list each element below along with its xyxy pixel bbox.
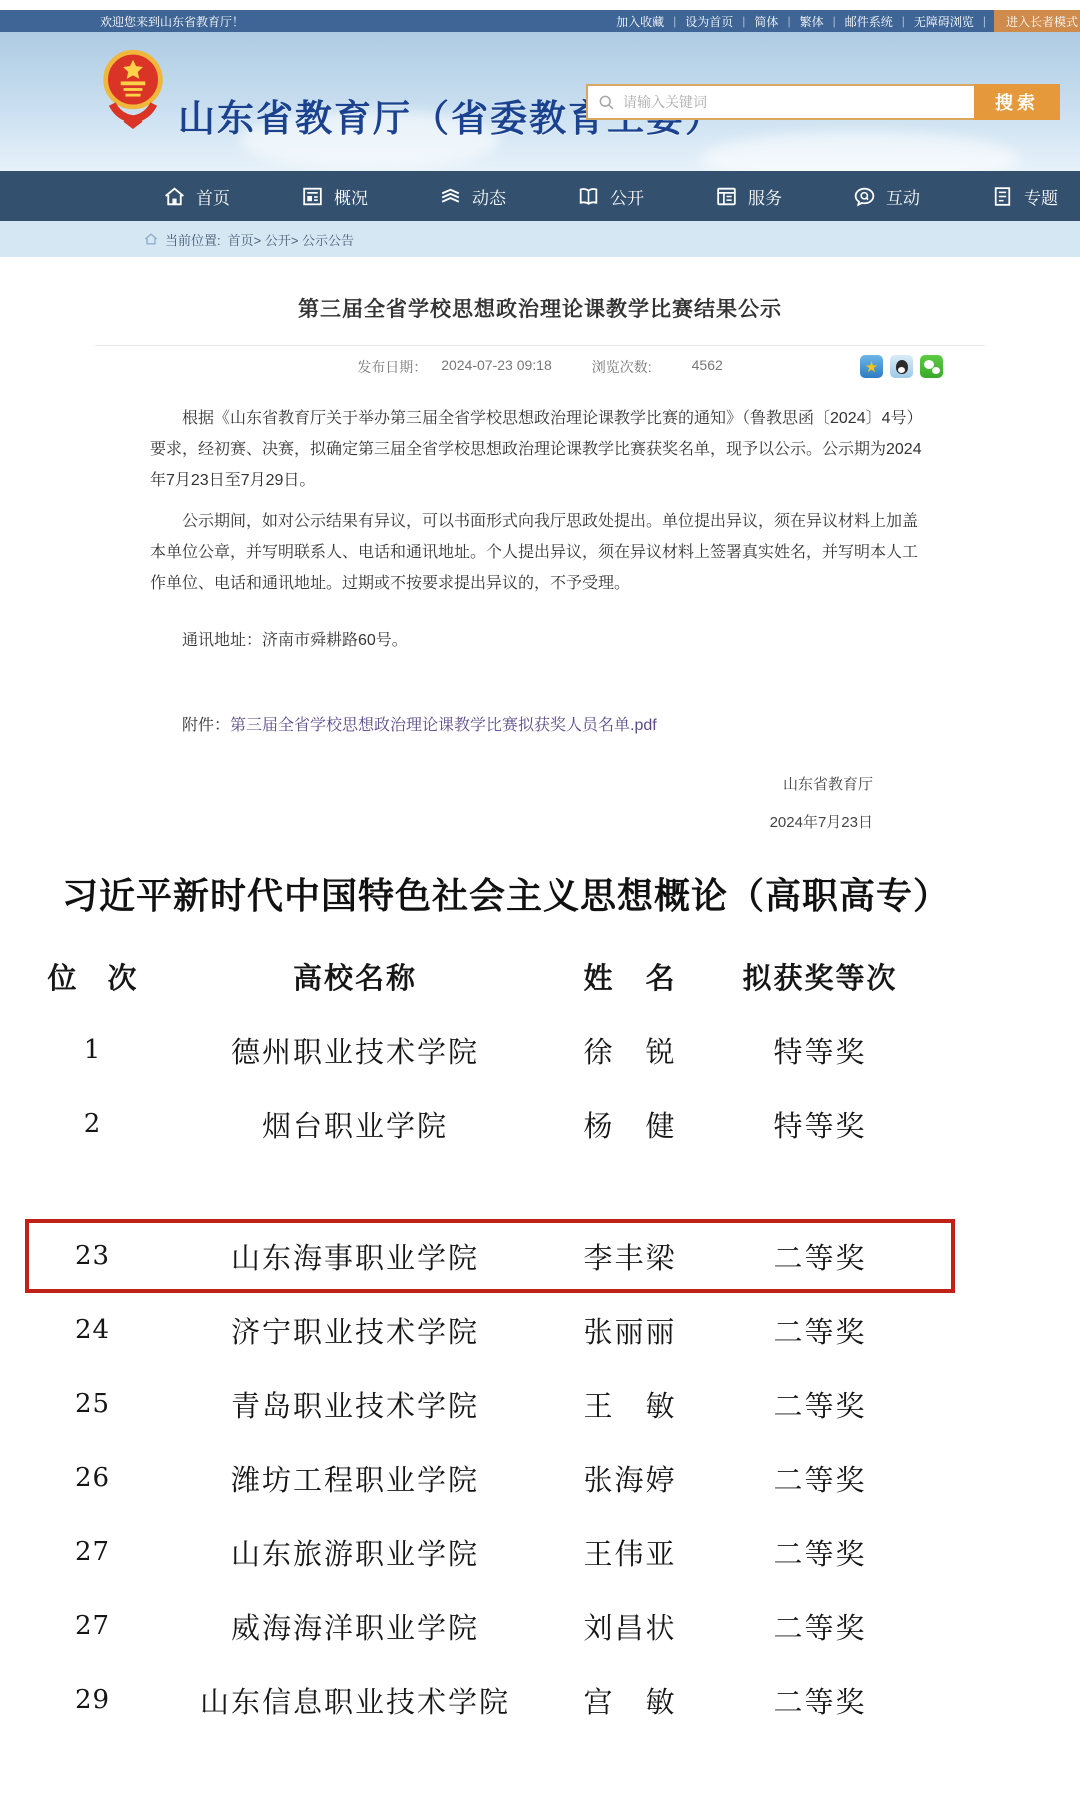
services-icon — [714, 184, 739, 209]
cell-rank: 1 — [25, 1035, 160, 1065]
nav-item-overview[interactable]: 概况 — [300, 184, 368, 209]
cell-award: 特等奖 — [710, 1104, 930, 1145]
cell-school: 山东信息职业技术学院 — [160, 1680, 550, 1721]
attachment-pdf-link[interactable]: 第三届全省学校思想政治理论课教学比赛拟获奖人员名单.pdf — [230, 717, 657, 734]
cell-award: 二等奖 — [710, 1384, 930, 1425]
nav-label: 服务 — [748, 184, 782, 209]
main-nav: 首页 概况 动态 公开 服务 互动 专题 — [0, 171, 1080, 221]
paragraph: 公示期间，如对公示结果有异议，可以书面形式向我厅思政处提出。单位提出异议，须在异… — [150, 506, 930, 600]
cell-rank: 24 — [25, 1315, 160, 1345]
table-header-row: 位 次 高校名称 姓 名 拟获奖等次 — [25, 947, 955, 1005]
cell-award: 二等奖 — [710, 1680, 930, 1721]
cell-rank: 27 — [25, 1611, 160, 1641]
divider: | — [983, 14, 986, 28]
nav-item-topics[interactable]: 专题 — [990, 184, 1058, 209]
cell-rank: 26 — [25, 1463, 160, 1493]
link-mail-system[interactable]: 邮件系统 — [836, 13, 902, 30]
table-row-highlighted: 23 山东海事职业学院 李丰梁 二等奖 — [25, 1219, 955, 1293]
cell-award: 二等奖 — [710, 1236, 930, 1277]
site-header: 山东省教育厅（省委教育工委） 搜索 — [0, 32, 1080, 171]
top-margin — [0, 0, 1080, 10]
welcome-text: 欢迎您来到山东省教育厅！ — [100, 13, 244, 30]
search-icon — [598, 94, 615, 111]
publish-label: 发布日期： — [357, 357, 427, 377]
wechat-icon[interactable] — [920, 355, 943, 378]
search-input[interactable] — [623, 94, 964, 110]
nav-item-interact[interactable]: 互动 — [852, 184, 920, 209]
table-row: 25 青岛职业技术学院 王 敏 二等奖 — [25, 1367, 955, 1441]
table-row: 2 烟台职业学院 杨 健 特等奖 — [25, 1087, 955, 1161]
cell-name: 王 敏 — [550, 1384, 710, 1425]
cell-school: 德州职业技术学院 — [160, 1030, 550, 1071]
nav-label: 公开 — [610, 184, 644, 209]
table-row: 27 威海海洋职业学院 刘昌状 二等奖 — [25, 1589, 955, 1663]
table-row: 29 山东信息职业技术学院 宫 敏 二等奖 — [25, 1663, 955, 1737]
qq-icon[interactable] — [890, 355, 913, 378]
cell-name: 杨 健 — [550, 1104, 710, 1145]
search-button[interactable]: 搜索 — [974, 84, 1060, 120]
paragraph-address: 通讯地址：济南市舜耕路60号。 — [150, 625, 930, 656]
national-emblem-icon — [100, 46, 166, 132]
cell-school: 潍坊工程职业学院 — [160, 1458, 550, 1499]
cell-name: 王伟亚 — [550, 1532, 710, 1573]
home-small-icon — [144, 232, 158, 246]
link-traditional[interactable]: 繁体 — [791, 13, 833, 30]
nav-item-open[interactable]: 公开 — [576, 184, 644, 209]
cell-name: 张海婷 — [550, 1458, 710, 1499]
cell-rank: 27 — [25, 1537, 160, 1567]
cell-award: 二等奖 — [710, 1532, 930, 1573]
search-box: 搜索 — [586, 84, 1026, 120]
results-section: 习近平新时代中国特色社会主义思想概论（高职高专） 位 次 高校名称 姓 名 拟获… — [0, 868, 1080, 1737]
article-body: 根据《山东省教育厅关于举办第三届全省学校思想政治理论课教学比赛的通知》（鲁教思函… — [95, 403, 985, 656]
share-bar: ★ — [860, 355, 943, 378]
article-title: 第三届全省学校思想政治理论课教学比赛结果公示 — [95, 293, 985, 323]
cell-school: 山东旅游职业学院 — [160, 1532, 550, 1573]
nav-item-services[interactable]: 服务 — [714, 184, 782, 209]
breadcrumb-prefix: 当前位置: — [165, 230, 221, 249]
news-icon — [438, 184, 463, 209]
publish-date: 2024-07-23 09:18 — [441, 357, 552, 377]
qzone-icon[interactable]: ★ — [860, 355, 883, 378]
breadcrumb-path[interactable]: 首页> 公开> 公示公告 — [228, 230, 354, 249]
cell-name: 宫 敏 — [550, 1680, 710, 1721]
cell-name: 刘昌状 — [550, 1606, 710, 1647]
breadcrumb: 当前位置: 首页> 公开> 公示公告 — [0, 221, 1080, 257]
nav-item-news[interactable]: 动态 — [438, 184, 506, 209]
link-add-favorite[interactable]: 加入收藏 — [607, 13, 673, 30]
cell-school: 威海海洋职业学院 — [160, 1606, 550, 1647]
table-row: 27 山东旅游职业学院 王伟亚 二等奖 — [25, 1515, 955, 1589]
link-accessibility[interactable]: 无障碍浏览 — [905, 13, 983, 30]
cell-award: 二等奖 — [710, 1606, 930, 1647]
col-name: 姓 名 — [550, 956, 710, 997]
attachment-label: 附件： — [182, 717, 230, 734]
cloud-decoration — [700, 132, 1020, 171]
cell-award: 二等奖 — [710, 1310, 930, 1351]
nav-label: 首页 — [196, 184, 230, 209]
article: 第三届全省学校思想政治理论课教学比赛结果公示 发布日期： 2024-07-23 … — [95, 257, 985, 832]
cell-award: 特等奖 — [710, 1030, 930, 1071]
signature-date: 2024年7月23日 — [95, 811, 873, 832]
cell-rank: 29 — [25, 1685, 160, 1715]
home-icon — [162, 184, 187, 209]
cell-rank: 2 — [25, 1109, 160, 1139]
link-simplified[interactable]: 简体 — [745, 13, 787, 30]
cell-rank: 25 — [25, 1389, 160, 1419]
utility-links: 加入收藏| 设为首页| 简体| 繁体| 邮件系统| 无障碍浏览| 进入长者模式 — [607, 10, 1080, 32]
results-table: 位 次 高校名称 姓 名 拟获奖等次 1 德州职业技术学院 徐 锐 特等奖 2 … — [25, 947, 955, 1737]
cell-school: 山东海事职业学院 — [160, 1236, 550, 1277]
cell-award: 二等奖 — [710, 1458, 930, 1499]
link-set-homepage[interactable]: 设为首页 — [676, 13, 742, 30]
views-count: 4562 — [692, 357, 723, 377]
nav-label: 专题 — [1024, 184, 1058, 209]
table-row: 24 济宁职业技术学院 张丽丽 二等奖 — [25, 1293, 955, 1367]
article-meta: 发布日期： 2024-07-23 09:18 浏览次数: 4562 ★ — [95, 345, 985, 403]
col-school: 高校名称 — [160, 956, 550, 997]
topics-icon — [990, 184, 1015, 209]
table-row: 26 潍坊工程职业学院 张海婷 二等奖 — [25, 1441, 955, 1515]
cell-school: 青岛职业技术学院 — [160, 1384, 550, 1425]
nav-label: 互动 — [886, 184, 920, 209]
nav-label: 概况 — [334, 184, 368, 209]
attachment-row: 附件：第三届全省学校思想政治理论课教学比赛拟获奖人员名单.pdf — [95, 712, 985, 735]
cell-name: 徐 锐 — [550, 1030, 710, 1071]
col-rank: 位 次 — [25, 956, 160, 997]
col-award: 拟获奖等次 — [710, 956, 930, 997]
cell-name: 张丽丽 — [550, 1310, 710, 1351]
cell-name: 李丰梁 — [550, 1236, 710, 1277]
cell-school: 烟台职业学院 — [160, 1104, 550, 1145]
paragraph: 根据《山东省教育厅关于举办第三届全省学校思想政治理论课教学比赛的通知》（鲁教思函… — [150, 403, 930, 497]
signature-org: 山东省教育厅 — [95, 773, 873, 794]
signature-block: 山东省教育厅 2024年7月23日 — [95, 773, 985, 832]
overview-icon — [300, 184, 325, 209]
utility-bar: 欢迎您来到山东省教育厅！ 加入收藏| 设为首页| 简体| 繁体| 邮件系统| 无… — [0, 10, 1080, 32]
elder-mode-button[interactable]: 进入长者模式 — [994, 10, 1080, 32]
views-label: 浏览次数: — [592, 357, 652, 377]
nav-item-home[interactable]: 首页 — [162, 184, 230, 209]
interact-icon — [852, 184, 877, 209]
cell-rank: 23 — [25, 1241, 160, 1271]
results-heading: 习近平新时代中国特色社会主义思想概论（高职高专） — [62, 868, 1080, 919]
open-book-icon — [576, 184, 601, 209]
search-field-wrap — [586, 84, 974, 120]
cell-school: 济宁职业技术学院 — [160, 1310, 550, 1351]
nav-label: 动态 — [472, 184, 506, 209]
table-row: 1 德州职业技术学院 徐 锐 特等奖 — [25, 1013, 955, 1087]
